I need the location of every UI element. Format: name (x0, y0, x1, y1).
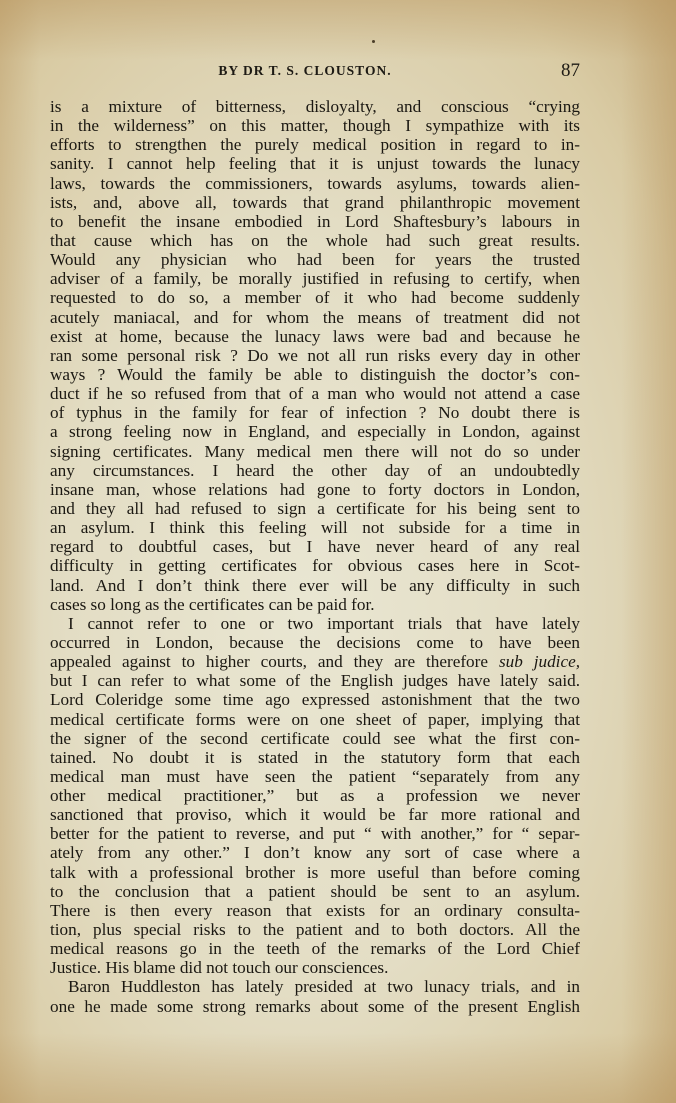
text-line: sanctioned that proviso, which it would … (50, 805, 580, 824)
ink-speck (372, 40, 375, 43)
page-number: 87 (561, 60, 580, 82)
text-line: regard to doubtful cases, but I have nev… (50, 537, 580, 556)
paragraph-end-line: Justice. His blame did not touch our con… (50, 958, 580, 977)
text-line: exist at home, because the lunacy laws w… (50, 327, 580, 346)
text-line: medical man must have seen the patient “… (50, 767, 580, 786)
text-line: acutely maniacal, and for whom the means… (50, 308, 580, 327)
text-line: medical reasons go in the teeth of the r… (50, 939, 580, 958)
text-line-with-italic: appealed against to higher courts, and t… (50, 652, 580, 671)
text-line: difficulty in getting certificates for o… (50, 556, 580, 575)
text-line: in the wilderness” on this matter, thoug… (50, 116, 580, 135)
text-line: any circumstances. I heard the other day… (50, 461, 580, 480)
text-line: ists, and, above all, towards that grand… (50, 193, 580, 212)
text-line: tained. No doubt it is stated in the sta… (50, 748, 580, 767)
text-line: land. And I don’t think there ever will … (50, 576, 580, 595)
text-line: occurred in London, because the decision… (50, 633, 580, 652)
text-line: other medical practitioner,” but as a pr… (50, 786, 580, 805)
text-line: talk with a professional brother is more… (50, 863, 580, 882)
text-line: of typhus in the family for fear of infe… (50, 403, 580, 422)
paragraph-start-line: I cannot refer to one or two important t… (50, 614, 580, 633)
text-line: There is then every reason that exists f… (50, 901, 580, 920)
italic-phrase: sub judice, (499, 652, 580, 671)
text-line: medical certificate forms were on one sh… (50, 710, 580, 729)
paragraph-start-line: Baron Huddleston has lately presided at … (50, 977, 580, 996)
text-line: tion, plus special risks to the patient … (50, 920, 580, 939)
text-line: but I can refer to what some of the Engl… (50, 671, 580, 690)
text-line: ways ? Would the family be able to disti… (50, 365, 580, 384)
text-line: adviser of a family, be morally justifie… (50, 269, 580, 288)
body-text: is a mixture of bitterness, disloyalty, … (50, 97, 580, 1016)
text-line: Would any physician who had been for yea… (50, 250, 580, 269)
text-line: insane man, whose relations had gone to … (50, 480, 580, 499)
text-line: efforts to strengthen the purely medical… (50, 135, 580, 154)
text-segment: appealed against to higher courts, and t… (50, 652, 488, 671)
text-line: laws, towards the commissioners, towards… (50, 174, 580, 193)
text-line: better for the patient to reverse, and p… (50, 824, 580, 843)
running-header: BY DR T. S. CLOUSTON. 87 (50, 60, 580, 82)
text-line: one he made some strong remarks about so… (50, 997, 580, 1016)
text-line: requested to do so, a member of it who h… (50, 288, 580, 307)
text-line: Lord Coleridge some time ago expressed a… (50, 690, 580, 709)
text-line: that cause which has on the whole had su… (50, 231, 580, 250)
running-title: BY DR T. S. CLOUSTON. (50, 63, 580, 79)
text-line: sanity. I cannot help feeling that it is… (50, 154, 580, 173)
text-line: to benefit the insane embodied in Lord S… (50, 212, 580, 231)
text-line: to the conclusion that a patient should … (50, 882, 580, 901)
text-line: duct if he so refused from that of a man… (50, 384, 580, 403)
text-line: is a mixture of bitterness, disloyalty, … (50, 97, 580, 116)
paragraph-end-line: cases so long as the certificates can be… (50, 595, 580, 614)
text-line: the signer of the second certificate cou… (50, 729, 580, 748)
text-line: ran some personal risk ? Do we not all r… (50, 346, 580, 365)
text-line: an asylum. I think this feeling will not… (50, 518, 580, 537)
scanned-book-page: BY DR T. S. CLOUSTON. 87 is a mixture of… (0, 0, 676, 1103)
text-line: ately from any other.” I don’t know any … (50, 843, 580, 862)
text-line: and they all had refused to sign a certi… (50, 499, 580, 518)
text-line: signing certificates. Many medical men t… (50, 442, 580, 461)
text-line: a strong feeling now in England, and esp… (50, 422, 580, 441)
